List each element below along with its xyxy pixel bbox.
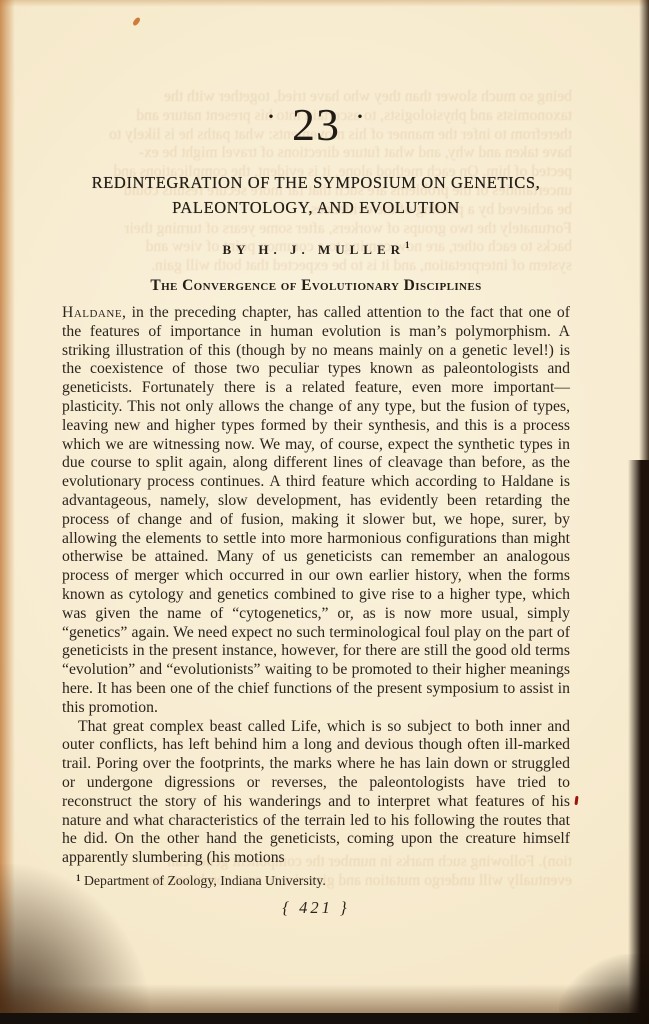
chapter-title-line2: PALEONTOLOGY, AND EVOLUTION (62, 195, 570, 220)
paper-speck-red (574, 796, 578, 805)
scan-edge-bottom-strip (0, 1013, 649, 1024)
lead-word-smallcaps: Haldane (62, 304, 122, 321)
chapter-title: REDINTEGRATION OF THE SYMPOSIUM ON GENET… (62, 170, 570, 220)
footnote: 1 Department of Zoology, Indiana Univers… (62, 873, 570, 889)
byline-footnote-reference: 1 (405, 240, 410, 250)
page-number: { 421 } (62, 898, 570, 918)
section-heading: The Convergence of Evolutionary Discipli… (62, 277, 570, 295)
byline: BY H. J. MULLER1 (62, 240, 570, 258)
paragraph-1-text: , in the preceding chapter, has called a… (62, 304, 570, 716)
chapter-number-value: 23 (292, 99, 340, 150)
scan-edge-bottom-gradient (0, 984, 649, 1014)
scan-edge-left-shadow (0, 0, 15, 1024)
scan-edge-right-upper-shadow (639, 0, 649, 470)
scan-corner-bottom-right-shadow (559, 954, 649, 1024)
chapter-number: ·23· (62, 88, 570, 154)
ornament-dot-left: · (266, 88, 277, 146)
byline-text: BY H. J. MULLER (223, 242, 406, 257)
body-paragraph-2: That great complex beast called Life, wh… (62, 718, 570, 868)
page-content: ·23· REDINTEGRATION OF THE SYMPOSIUM ON … (62, 0, 570, 918)
scan-edge-right-lower-shadow (628, 460, 649, 1024)
ornament-dot-right: · (355, 88, 366, 146)
footnote-reference-mark: 1 (76, 873, 81, 883)
chapter-title-line1: REDINTEGRATION OF THE SYMPOSIUM ON GENET… (62, 170, 570, 195)
book-page-scan: being so much slower than they who have … (0, 0, 649, 1024)
body-paragraph-1: Haldane, in the preceding chapter, has c… (62, 304, 570, 718)
footnote-text: Department of Zoology, Indiana Universit… (84, 873, 326, 888)
